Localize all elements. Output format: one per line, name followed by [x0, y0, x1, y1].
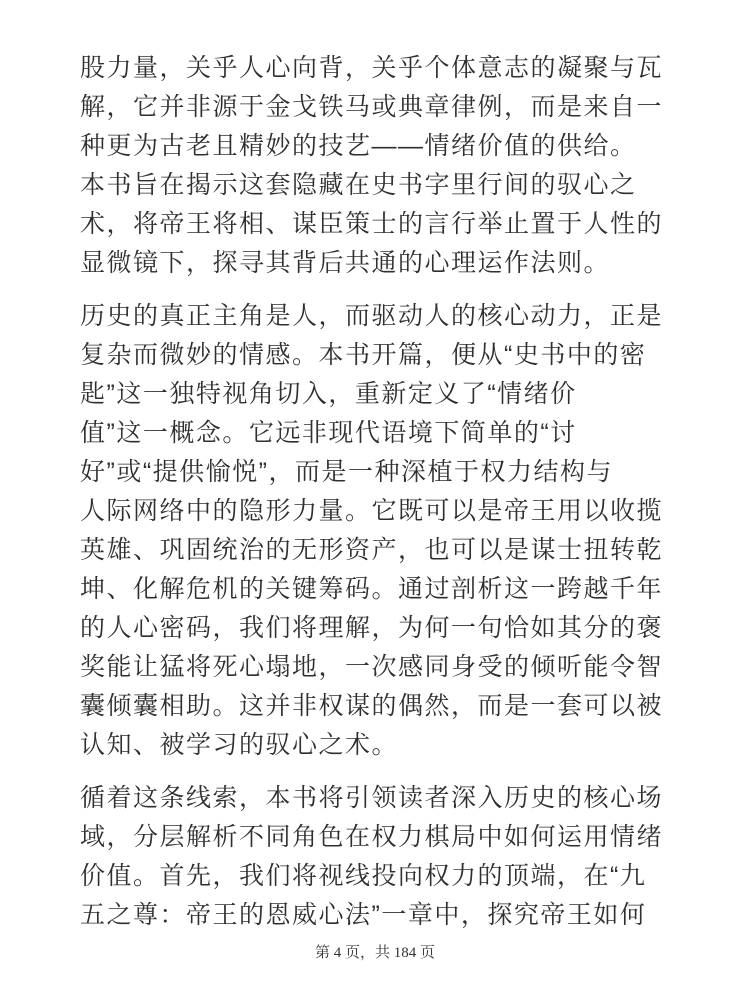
text-line: 五之尊：帝王的恩威心法”一章中，探究帝王如何	[80, 896, 676, 935]
page-content: 股力量，关乎人心向背，关乎个体意志的凝聚与瓦解，它并非源于金戈铁马或典章律例，而…	[80, 49, 676, 935]
paragraph: 股力量，关乎人心向背，关乎个体意志的凝聚与瓦解，它并非源于金戈铁马或典章律例，而…	[80, 49, 676, 283]
paragraph: 循着这条线索，本书将引领读者深入历史的核心场域，分层解析不同角色在权力棋局中如何…	[80, 779, 676, 935]
text-line: 认知、被学习的驭心之术。	[80, 726, 676, 765]
document-page: 股力量，关乎人心向背，关乎个体意志的凝聚与瓦解，它并非源于金戈铁马或典章律例，而…	[0, 0, 750, 1000]
text-line: 解，它并非源于金戈铁马或典章律例，而是来自一	[80, 88, 676, 127]
text-line: 囊倾囊相助。这并非权谋的偶然，而是一套可以被	[80, 687, 676, 726]
text-line: 复杂而微妙的情感。本书开篇，便从“史书中的密	[80, 336, 676, 375]
text-line: 域，分层解析不同角色在权力棋局中如何运用情绪	[80, 818, 676, 857]
text-line: 价值。首先，我们将视线投向权力的顶端，在“九	[80, 857, 676, 896]
text-line: 种更为古老且精妙的技艺——情绪价值的供给。	[80, 127, 676, 166]
text-line: 英雄、巩固统治的无形资产，也可以是谋士扭转乾	[80, 531, 676, 570]
text-line: 本书旨在揭示这套隐藏在史书字里行间的驭心之	[80, 166, 676, 205]
text-line: 奖能让猛将死心塌地，一次感同身受的倾听能令智	[80, 648, 676, 687]
text-line: 循着这条线索，本书将引领读者深入历史的核心场	[80, 779, 676, 818]
text-line: 值”这一概念。它远非现代语境下简单的“讨	[80, 414, 676, 453]
paragraph: 历史的真正主角是人，而驱动人的核心动力，正是复杂而微妙的情感。本书开篇，便从“史…	[80, 297, 676, 765]
text-line: 术，将帝王将相、谋臣策士的言行举止置于人性的	[80, 205, 676, 244]
text-line: 历史的真正主角是人，而驱动人的核心动力，正是	[80, 297, 676, 336]
page-footer: 第 4 页，共 184 页	[0, 941, 750, 962]
text-line: 坤、化解危机的关键筹码。通过剖析这一跨越千年	[80, 570, 676, 609]
text-line: 股力量，关乎人心向背，关乎个体意志的凝聚与瓦	[80, 49, 676, 88]
text-line: 的人心密码，我们将理解，为何一句恰如其分的褒	[80, 609, 676, 648]
text-line: 好”或“提供愉悦”，而是一种深植于权力结构与	[80, 453, 676, 492]
text-line: 人际网络中的隐形力量。它既可以是帝王用以收揽	[80, 492, 676, 531]
text-line: 匙”这一独特视角切入，重新定义了“情绪价	[80, 375, 676, 414]
text-line: 显微镜下，探寻其背后共通的心理运作法则。	[80, 244, 676, 283]
